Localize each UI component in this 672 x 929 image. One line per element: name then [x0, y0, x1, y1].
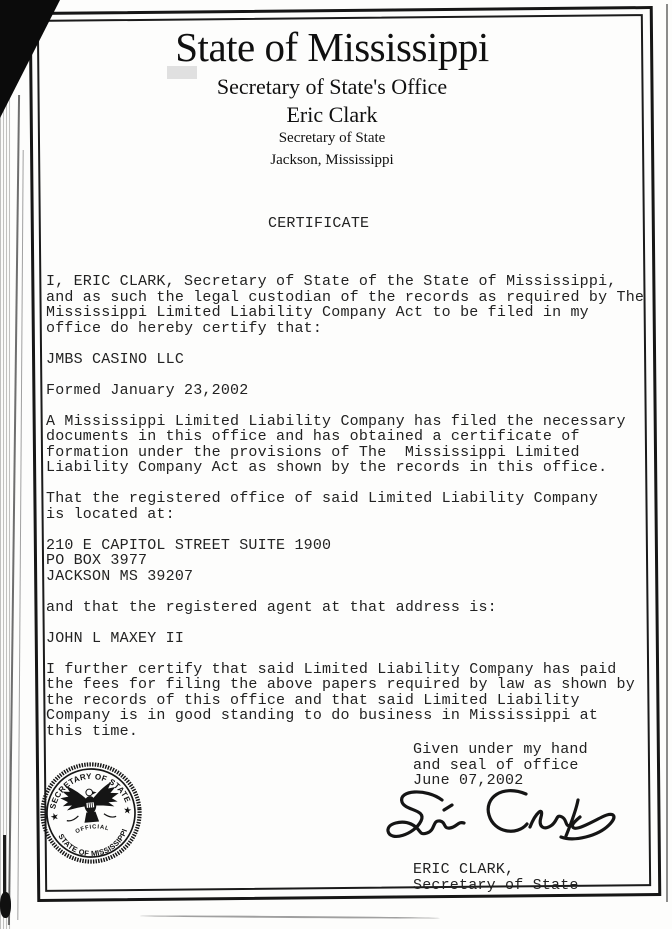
state-seal: SECRETARY OF STATE STATE OF MISSISSIPPI …	[31, 753, 150, 872]
scanned-certificate-page: State of Mississippi Secretary of State'…	[0, 0, 672, 929]
scan-stray-line	[140, 915, 440, 919]
signature	[378, 784, 623, 866]
attestation-text: Given under my hand and seal of office J…	[413, 742, 588, 789]
page-title: State of Mississippi	[0, 23, 664, 71]
scan-ink-blob	[0, 892, 11, 918]
certificate-body: I, ERIC CLARK, Secretary of State of the…	[46, 274, 644, 739]
printed-signer-title: Secretary of State	[413, 877, 579, 894]
scan-edge-line	[17, 150, 23, 920]
seal-official-text: OFFICIAL	[74, 823, 110, 836]
star-icon: ★	[122, 805, 132, 815]
officer-title: Secretary of State	[0, 130, 664, 147]
scan-corner-fold	[0, 0, 60, 118]
printed-signer-name: ERIC CLARK,	[413, 861, 514, 878]
office-location: Jackson, Mississippi	[0, 152, 664, 169]
eagle-icon	[59, 781, 121, 824]
office-name: Secretary of State's Office	[0, 74, 664, 100]
scan-page-edge	[666, 4, 668, 902]
printed-signer: ERIC CLARK, Secretary of State	[413, 862, 579, 893]
officer-name: Eric Clark	[0, 102, 664, 128]
certificate-heading: CERTIFICATE	[268, 216, 369, 232]
star-icon: ★	[49, 811, 60, 822]
